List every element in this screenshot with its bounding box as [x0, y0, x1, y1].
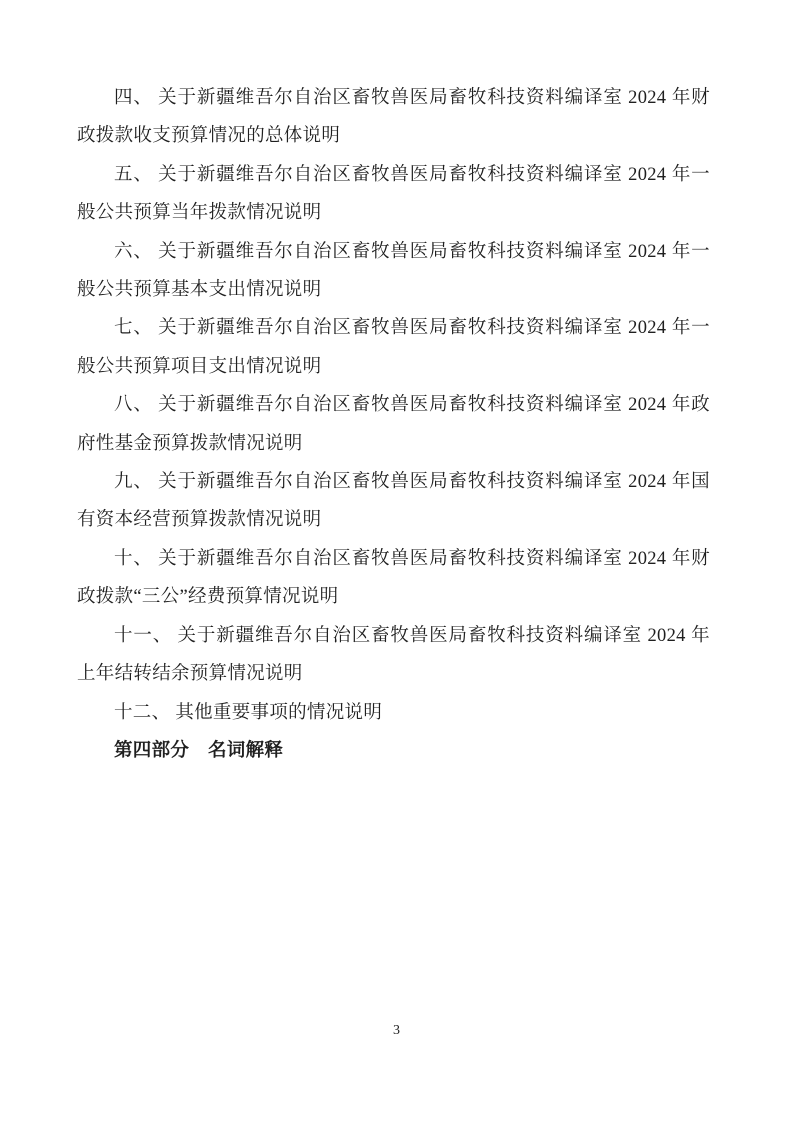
- section-heading: 第四部分 名词解释: [77, 732, 710, 770]
- toc-item-9: 九、 关于新疆维吾尔自治区畜牧兽医局畜牧科技资料编译室 2024 年国有资本经营…: [77, 463, 710, 540]
- document-page: 四、 关于新疆维吾尔自治区畜牧兽医局畜牧科技资料编译室 2024 年财政拨款收支…: [0, 0, 793, 1122]
- toc-item-8: 八、 关于新疆维吾尔自治区畜牧兽医局畜牧科技资料编译室 2024 年政府性基金预…: [77, 386, 710, 463]
- toc-item-7: 七、 关于新疆维吾尔自治区畜牧兽医局畜牧科技资料编译室 2024 年一般公共预算…: [77, 309, 710, 386]
- toc-item-11: 十一、 关于新疆维吾尔自治区畜牧兽医局畜牧科技资料编译室 2024 年上年结转结…: [77, 617, 710, 694]
- toc-item-10: 十、 关于新疆维吾尔自治区畜牧兽医局畜牧科技资料编译室 2024 年财政拨款“三…: [77, 540, 710, 617]
- toc-item-6: 六、 关于新疆维吾尔自治区畜牧兽医局畜牧科技资料编译室 2024 年一般公共预算…: [77, 233, 710, 310]
- page-number: 3: [393, 1023, 400, 1038]
- page-footer: 3: [0, 1021, 793, 1040]
- document-body: 四、 关于新疆维吾尔自治区畜牧兽医局畜牧科技资料编译室 2024 年财政拨款收支…: [77, 79, 710, 770]
- toc-item-4: 四、 关于新疆维吾尔自治区畜牧兽医局畜牧科技资料编译室 2024 年财政拨款收支…: [77, 79, 710, 156]
- toc-item-12: 十二、 其他重要事项的情况说明: [77, 694, 710, 732]
- toc-item-5: 五、 关于新疆维吾尔自治区畜牧兽医局畜牧科技资料编译室 2024 年一般公共预算…: [77, 156, 710, 233]
